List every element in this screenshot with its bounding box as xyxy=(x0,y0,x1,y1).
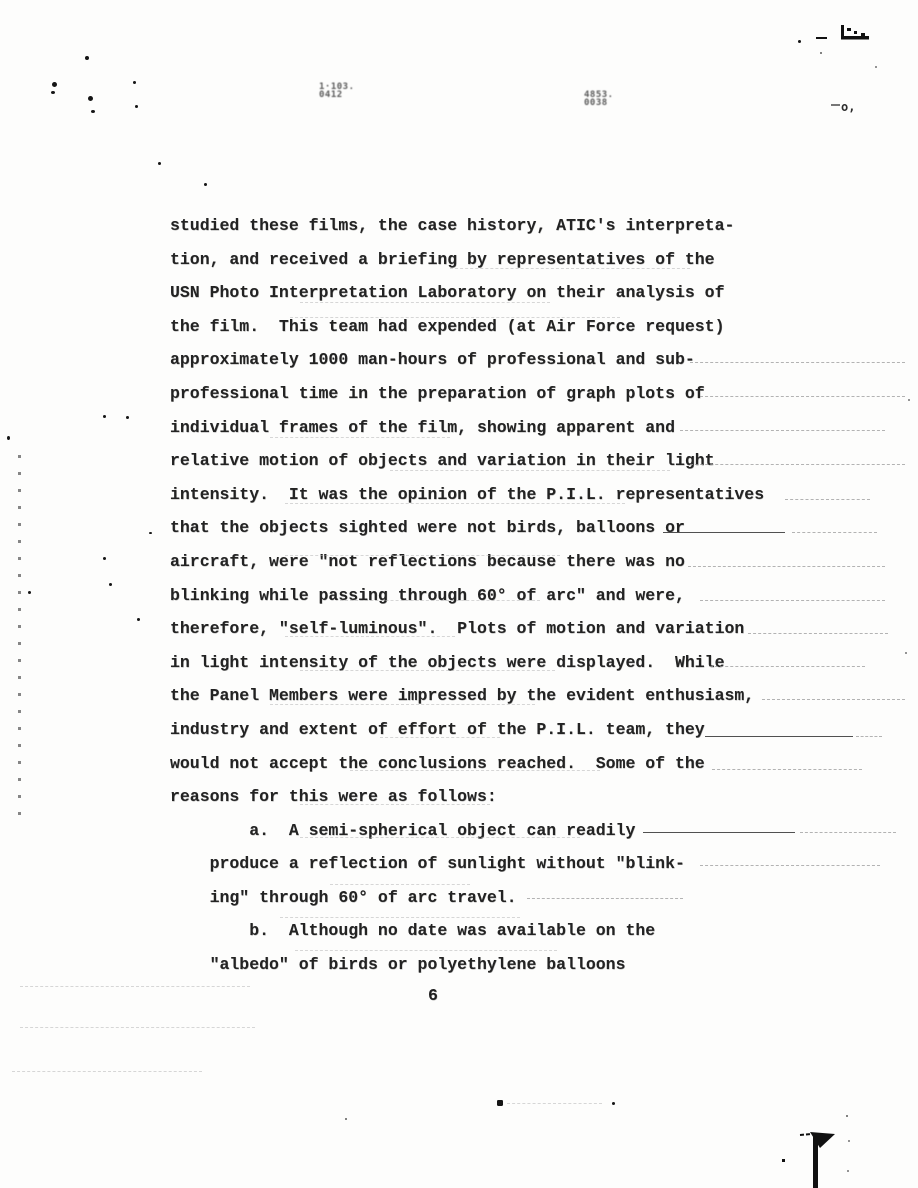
text-line: that the objects sighted were not birds,… xyxy=(170,511,850,545)
scan-artifact xyxy=(340,600,540,601)
scan-artifact xyxy=(12,1071,202,1072)
scan-artifact xyxy=(710,666,865,667)
text-line: therefore, "self-luminous". Plots of mot… xyxy=(170,612,850,646)
scan-artifact xyxy=(300,670,555,671)
scan-artifact xyxy=(800,832,896,833)
text-line: the film. This team had expended (at Air… xyxy=(170,310,850,344)
text-line: "albedo" of birds or polyethylene balloo… xyxy=(170,948,850,982)
flag-mark-icon xyxy=(778,1128,858,1188)
ink-speck xyxy=(905,652,907,654)
scan-dash-artifact xyxy=(831,104,840,106)
scan-artifact xyxy=(663,532,785,533)
ink-speck xyxy=(875,66,877,68)
scan-artifact xyxy=(785,499,870,500)
ink-speck xyxy=(51,91,55,94)
page-number: 6 xyxy=(428,986,438,1005)
ink-speck xyxy=(133,81,136,84)
ink-speck xyxy=(52,82,57,87)
scan-artifact xyxy=(688,566,885,567)
text-line: ing" through 60° of arc travel. xyxy=(170,881,850,915)
ink-speck xyxy=(103,557,106,560)
scan-artifact xyxy=(290,317,620,318)
margin-mark: o, xyxy=(841,100,855,114)
ink-speck xyxy=(345,1118,347,1120)
text-line: reasons for this were as follows: xyxy=(170,780,850,814)
ink-speck xyxy=(848,1140,850,1142)
text-line: tion, and received a briefing by represe… xyxy=(170,243,850,277)
ink-speck xyxy=(103,415,106,418)
scan-artifact xyxy=(390,470,670,471)
ink-speck xyxy=(91,110,95,113)
text-line: relative motion of objects and variation… xyxy=(170,444,850,478)
scan-artifact xyxy=(792,532,877,533)
text-line: studied these films, the case history, A… xyxy=(170,209,850,243)
ink-speck xyxy=(109,583,112,586)
ink-speck xyxy=(85,56,89,60)
text-line: in light intensity of the objects were d… xyxy=(170,646,850,680)
scan-artifact xyxy=(705,736,853,737)
scan-artifact xyxy=(700,396,905,397)
scan-artifact xyxy=(280,917,520,918)
ink-speck xyxy=(798,40,801,43)
text-line: professional time in the preparation of … xyxy=(170,377,850,411)
text-line: approximately 1000 man-hours of professi… xyxy=(170,343,850,377)
faint-stamp-left: 1·103. 0412 xyxy=(319,83,355,99)
ink-speck xyxy=(158,162,161,165)
scan-artifact xyxy=(285,503,625,504)
ink-speck xyxy=(846,1115,848,1117)
scan-artifact xyxy=(690,362,905,363)
scan-artifact xyxy=(20,1027,255,1028)
ink-speck xyxy=(820,52,822,54)
scan-artifact xyxy=(285,636,455,637)
ink-speck xyxy=(7,436,10,440)
scan-artifact xyxy=(285,555,560,556)
ink-speck xyxy=(88,96,93,101)
ink-speck xyxy=(204,183,207,186)
text-line: USN Photo Interpretation Laboratory on t… xyxy=(170,276,850,310)
scan-artifact xyxy=(330,884,470,885)
corner-mark-icon xyxy=(816,24,872,46)
scan-artifact xyxy=(527,898,683,899)
ink-speck xyxy=(137,618,140,621)
scan-artifact xyxy=(350,770,600,771)
scan-artifact xyxy=(680,430,885,431)
ink-speck xyxy=(28,591,31,594)
text-line: individual frames of the film, showing a… xyxy=(170,411,850,445)
ink-speck xyxy=(126,416,129,419)
scan-artifact xyxy=(712,769,862,770)
scan-artifact xyxy=(270,704,535,705)
text-line: blinking while passing through 60° of ar… xyxy=(170,579,850,613)
ink-speck xyxy=(497,1100,503,1106)
scan-artifact xyxy=(450,268,690,269)
ink-speck xyxy=(612,1102,615,1105)
scan-artifact xyxy=(270,437,450,438)
text-line: intensity. It was the opinion of the P.I… xyxy=(170,478,850,512)
scan-margin-strip xyxy=(18,455,21,817)
text-line: aircraft, were "not reflections because … xyxy=(170,545,850,579)
text-line: b. Although no date was available on the xyxy=(170,914,850,948)
scan-artifact xyxy=(643,832,795,833)
scan-artifact xyxy=(507,1103,602,1104)
scan-artifact xyxy=(700,600,885,601)
text-line: the Panel Members were impressed by the … xyxy=(170,679,850,713)
scan-artifact xyxy=(300,837,580,838)
faint-stamp-right: 4853. 0038 xyxy=(584,91,614,107)
document-page: studied these films, the case history, A… xyxy=(0,0,918,1188)
scan-artifact xyxy=(380,737,500,738)
scan-artifact xyxy=(762,699,905,700)
scan-artifact xyxy=(690,464,905,465)
scan-artifact xyxy=(295,950,557,951)
ink-speck xyxy=(149,532,152,534)
ink-speck xyxy=(908,399,910,401)
ink-speck xyxy=(847,1170,849,1172)
scan-artifact xyxy=(856,736,882,737)
scan-artifact xyxy=(20,986,250,987)
text-line: industry and extent of effort of the P.I… xyxy=(170,713,850,747)
scan-artifact xyxy=(748,633,888,634)
scan-artifact xyxy=(700,865,880,866)
text-line: a. A semi-spherical object can readily xyxy=(170,814,850,848)
text-line: would not accept the conclusions reached… xyxy=(170,747,850,781)
scan-artifact xyxy=(300,804,490,805)
ink-speck xyxy=(135,105,138,108)
scan-artifact xyxy=(300,302,550,303)
